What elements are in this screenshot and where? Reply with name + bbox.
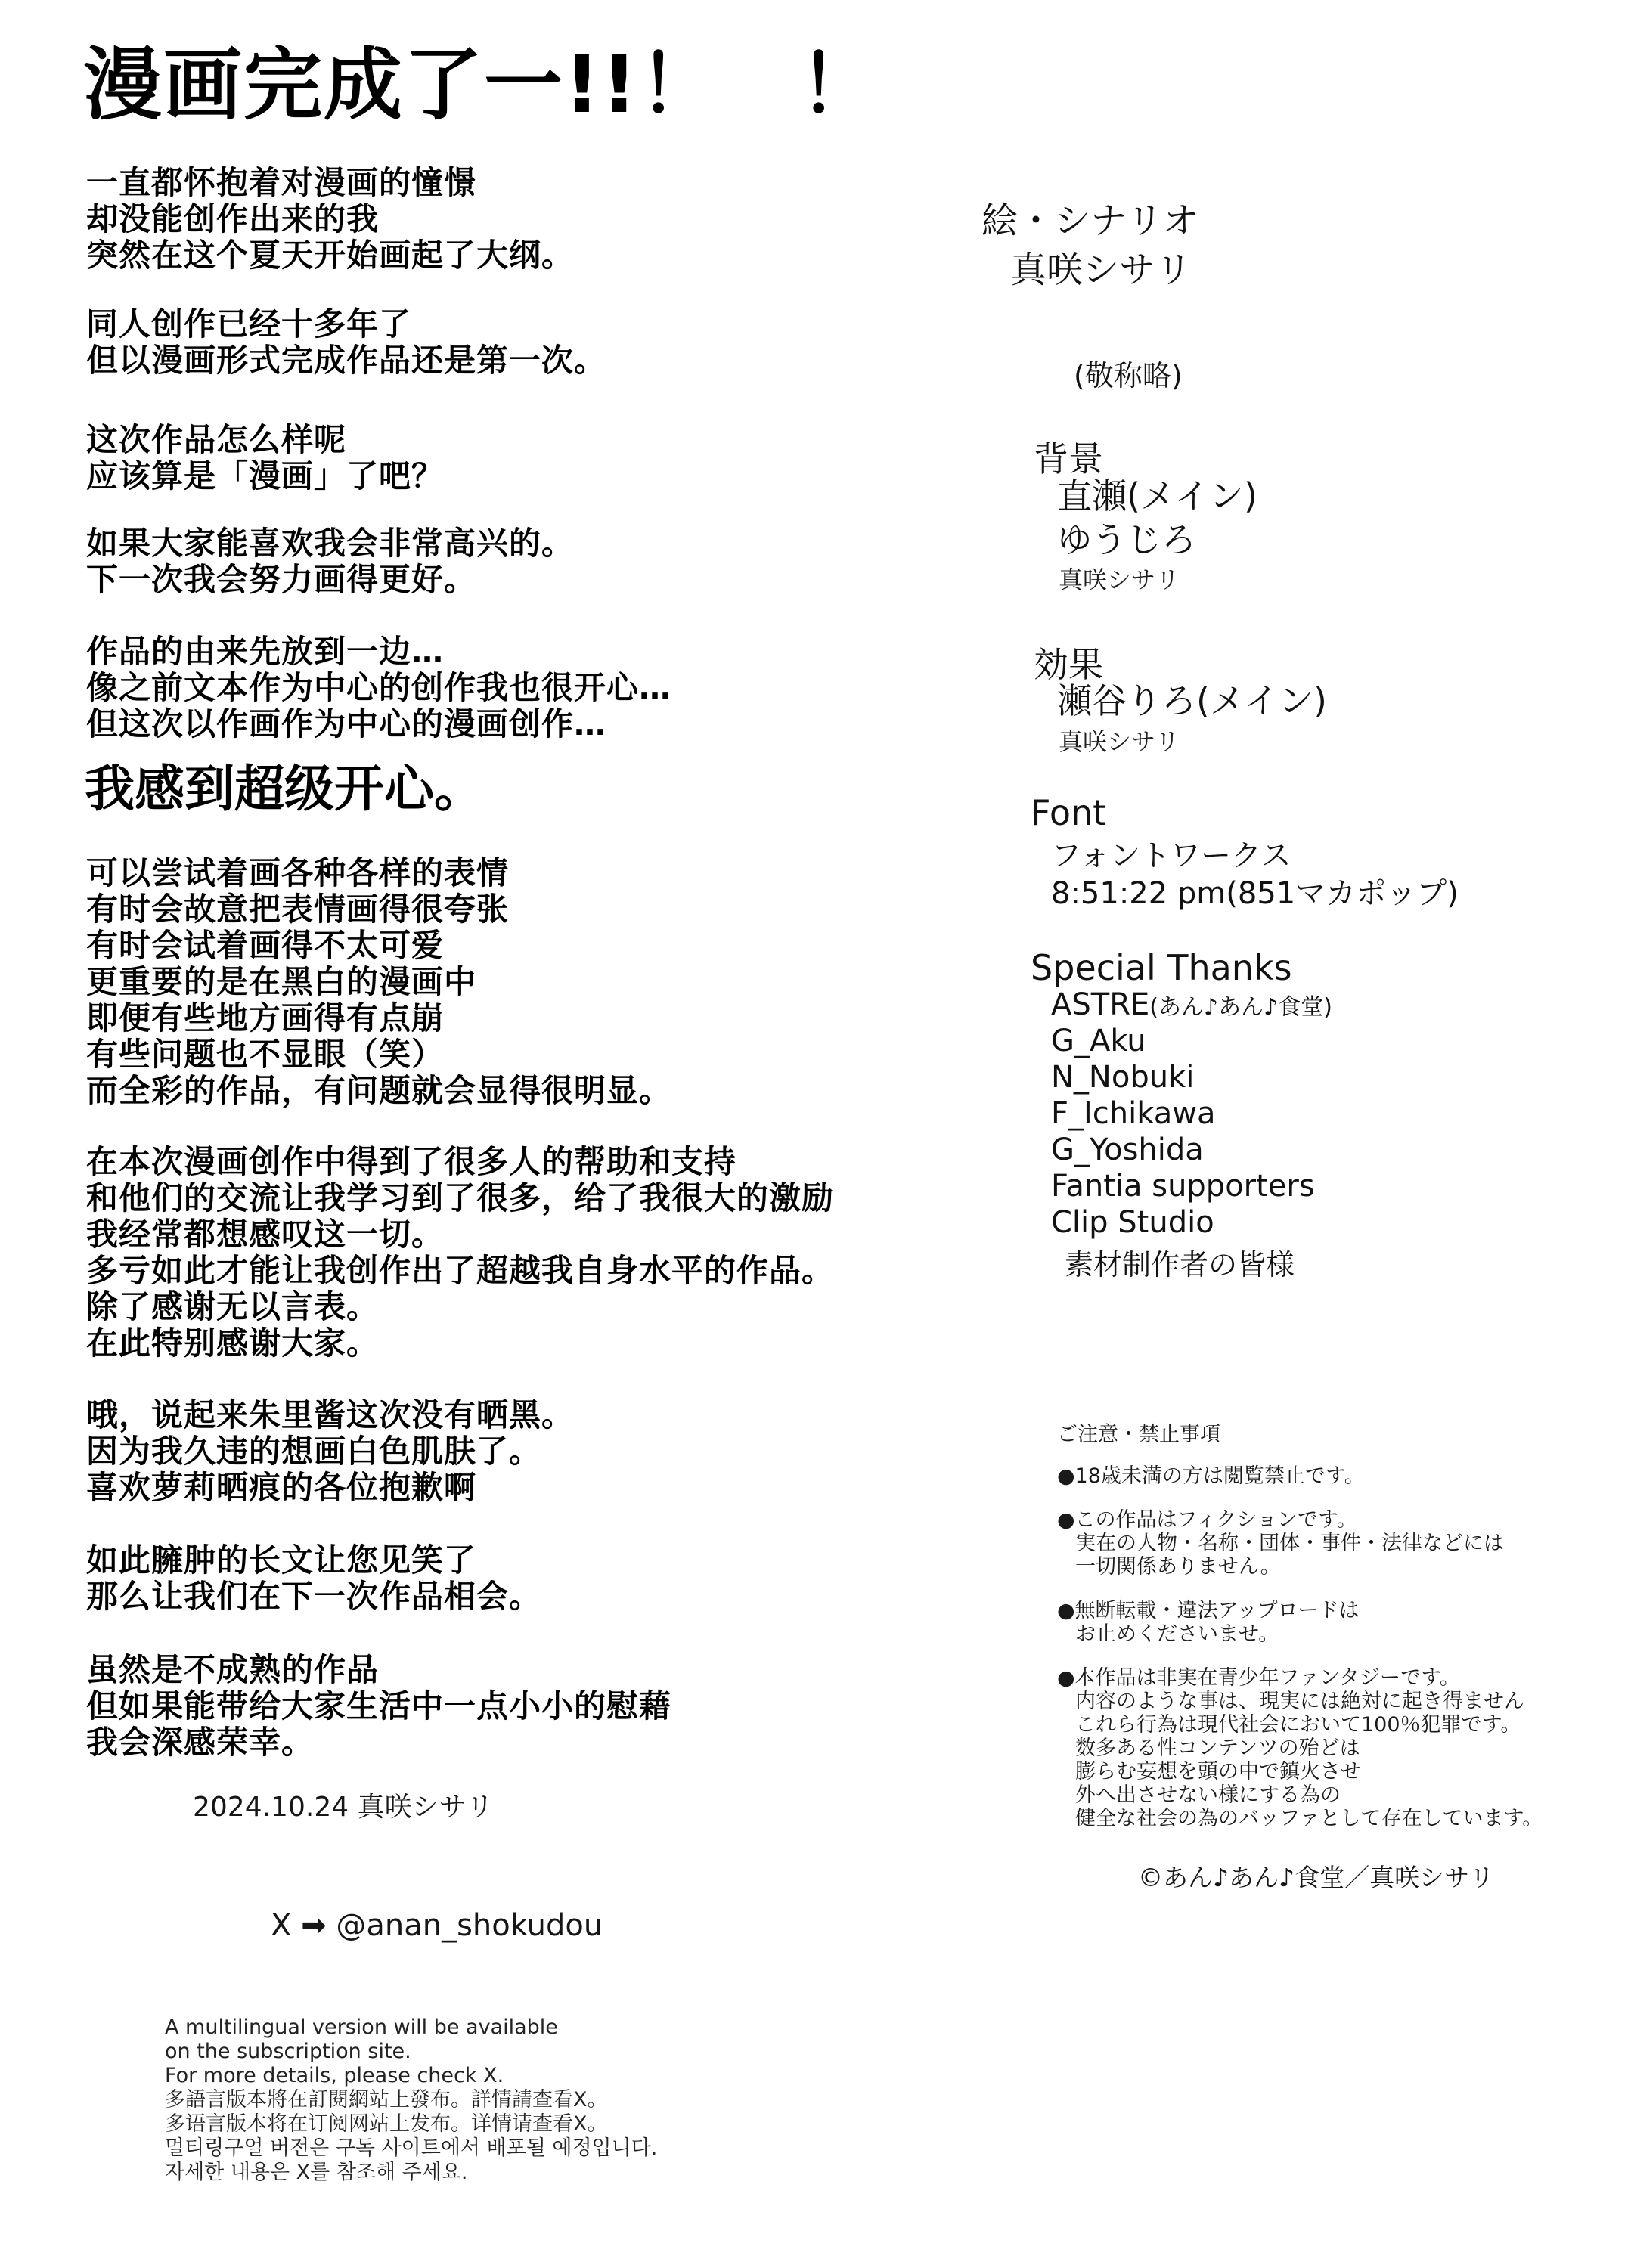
special-thanks-item: ASTRE(あん♪あん♪食堂)	[1051, 987, 1332, 1022]
notice-heading: ご注意・禁止事項	[1057, 1423, 1571, 1446]
text-line: 膨らむ妄想を頭の中で鎮火させ	[1057, 1760, 1571, 1783]
text-line: 和他们的交流让我学习到了很多，给了我很大的激励	[86, 1180, 834, 1216]
honorifics-note: (敬称略)	[1074, 352, 1183, 394]
text-line: 更重要的是在黑白的漫画中	[86, 964, 671, 1000]
paragraph-4: 如果大家能喜欢我会非常高兴的。 下一次我会努力画得更好。	[86, 525, 574, 598]
paragraph-8: 在本次漫画创作中得到了很多人的帮助和支持 和他们的交流让我学习到了很多，给了我很…	[86, 1144, 834, 1362]
paragraph-1: 一直都怀抱着对漫画的憧憬 却没能创作出来的我 突然在这个夏天开始画起了大纲。	[86, 165, 574, 274]
font-credit: フォントワークス	[1051, 832, 1291, 875]
text-line: 哦，说起来朱里酱这次没有晒黑。	[86, 1397, 574, 1433]
text-line: 那么让我们在下一次作品相会。	[86, 1579, 541, 1615]
effects-credit: 瀬谷りろ(メイン)	[1057, 674, 1327, 723]
text-line: 因为我久违的想画白色肌肤了。	[86, 1433, 574, 1470]
text-line: 有时会故意把表情画得很夸张	[86, 891, 671, 928]
text-line: 喜欢萝莉晒痕的各位抱歉啊	[86, 1470, 574, 1506]
text-line: 像之前文本作为中心的创作我也很开心…	[86, 670, 671, 706]
text-line: 这次作品怎么样呢	[86, 422, 444, 458]
text-line: 数多ある性コンテンツの殆どは	[1057, 1737, 1571, 1760]
text-line: 実在の人物・名称・団体・事件・法律などには	[1057, 1532, 1571, 1555]
text-line: 突然在这个夏天开始画起了大纲。	[86, 237, 574, 274]
date-signature-line: 2024.10.24 真咲シサリ	[193, 1786, 494, 1824]
text-line: 外へ出させない様にする為の	[1057, 1783, 1571, 1807]
text-line: 即便有些地方画得有点崩	[86, 1000, 671, 1036]
text-line: 有些问题也不显眼（笑）	[86, 1036, 671, 1073]
paragraph-10: 如此臃肿的长文让您见笑了 那么让我们在下一次作品相会。	[86, 1542, 541, 1615]
text-line: 却没能创作出来的我	[86, 201, 574, 237]
text-line: 但以漫画形式完成作品还是第一次。	[86, 342, 606, 379]
text-line: 作品的由来先放到一边…	[86, 634, 671, 670]
copyright-line: ©あん♪あん♪食堂／真咲シサリ	[1138, 1858, 1494, 1894]
multilingual-note: A multilingual version will be available…	[165, 2015, 657, 2185]
notice-item-fantasy: ●本作品は非実在青少年ファンタジーです。 内容のような事は、現実には絶対に起き得…	[1057, 1666, 1571, 1830]
text-line: 同人创作已经十多年了	[86, 306, 606, 342]
paragraph-11: 虽然是不成熟的作品 但如果能带给大家生活中一点小小的慰藉 我会深感荣幸。	[86, 1652, 671, 1761]
special-thanks-item: G_Yoshida	[1051, 1132, 1204, 1167]
text-line: 但如果能带给大家生活中一点小小的慰藉	[86, 1688, 671, 1724]
multilingual-line-zh-hans: 多语言版本将在订阅网站上发布。详情请查看X。	[165, 2112, 657, 2136]
multilingual-line-zh-hant: 多語言版本將在訂閱網站上發布。詳情請查看X。	[165, 2088, 657, 2112]
text-line: 应该算是「漫画」了吧？	[86, 458, 444, 494]
special-thanks-item: F_Ichikawa	[1051, 1096, 1215, 1131]
effects-credit-small: 真咲シサリ	[1059, 723, 1180, 758]
background-credit: ゆうじろ	[1057, 513, 1196, 562]
special-thanks-item: Clip Studio	[1051, 1205, 1214, 1240]
font-credit: 8:51:22 pm(851マカポップ)	[1051, 869, 1459, 912]
text-line: 我会深感荣幸。	[86, 1724, 671, 1761]
special-thanks-heading: Special Thanks	[1031, 947, 1292, 988]
x-handle-line: X ➡ @anan_shokudou	[271, 1908, 603, 1943]
text-line: 一直都怀抱着对漫画的憧憬	[86, 165, 574, 201]
afterword-page: 漫画完成了一!!！ ！ 一直都怀抱着对漫画的憧憬 却没能创作出来的我 突然在这个…	[0, 0, 1631, 2268]
notice-item-repost: ●無断転載・違法アップロードは お止めくださいませ。	[1057, 1599, 1571, 1646]
text-line: 可以尝试着画各种各样的表情	[86, 855, 671, 891]
emphasis-line: 我感到超级开心。	[85, 762, 484, 816]
special-thanks-item: Fantia supporters	[1051, 1169, 1315, 1204]
text-line: 内容のような事は、現実には絶対に起き得ません	[1057, 1690, 1571, 1713]
special-thanks-item-material-creators: 素材制作者の皆様	[1065, 1241, 1295, 1283]
text-line: 下一次我会努力画得更好。	[86, 562, 574, 598]
text-line: 而全彩的作品，有问题就会显得很明显。	[86, 1073, 671, 1109]
text-line: 一切関係ありません。	[1057, 1555, 1571, 1579]
multilingual-line-en: on the subscription site.	[165, 2040, 657, 2064]
text-line: 我经常都想感叹这一切。	[86, 1216, 834, 1253]
notice-item-age: ●18歳未満の方は閲覧禁止です。	[1057, 1464, 1571, 1488]
text-line: 在此特别感谢大家。	[86, 1325, 834, 1362]
background-credit-small: 真咲シサリ	[1059, 561, 1180, 596]
text-line: 健全な社会の為のバッファとして存在しています。	[1057, 1807, 1571, 1830]
paragraph-7: 可以尝试着画各种各样的表情 有时会故意把表情画得很夸张 有时会试着画得不太可爱 …	[86, 855, 671, 1109]
text-line: 虽然是不成熟的作品	[86, 1652, 671, 1688]
special-thanks-name-note: (あん♪あん♪食堂)	[1149, 994, 1332, 1021]
multilingual-line-en: For more details, please check X.	[165, 2064, 657, 2088]
text-line: 在本次漫画创作中得到了很多人的帮助和支持	[86, 1144, 834, 1180]
paragraph-2: 同人创作已经十多年了 但以漫画形式完成作品还是第一次。	[86, 306, 606, 379]
text-line: ●無断転載・違法アップロードは	[1057, 1599, 1571, 1622]
paragraph-3: 这次作品怎么样呢 应该算是「漫画」了吧？	[86, 422, 444, 494]
multilingual-line-ko: 자세한 내용은 X를 참조해 주세요.	[165, 2161, 657, 2185]
paragraph-5: 作品的由来先放到一边… 像之前文本作为中心的创作我也很开心… 但这次以作画作为中…	[86, 634, 671, 742]
page-title: 漫画完成了一!!！ ！	[83, 21, 879, 135]
multilingual-line-en: A multilingual version will be available	[165, 2015, 657, 2040]
paragraph-9: 哦，说起来朱里酱这次没有晒黑。 因为我久违的想画白色肌肤了。 喜欢萝莉晒痕的各位…	[86, 1397, 574, 1506]
background-credit: 直瀬(メイン)	[1057, 469, 1257, 519]
credits-role: 絵・シナリオ	[981, 191, 1199, 243]
text-line: 除了感谢无以言表。	[86, 1289, 834, 1325]
font-section-heading: Font	[1031, 792, 1106, 833]
multilingual-line-ko: 멀티링구얼 버전은 구독 사이트에서 배포될 예정입니다.	[165, 2136, 657, 2161]
special-thanks-item: G_Aku	[1051, 1024, 1146, 1058]
notice-block: ご注意・禁止事項 ●18歳未満の方は閲覧禁止です。 ●この作品はフィクションです…	[1057, 1423, 1571, 1851]
text-line: ●本作品は非実在青少年ファンタジーです。	[1057, 1666, 1571, 1690]
text-line: 如此臃肿的长文让您见笑了	[86, 1542, 541, 1579]
special-thanks-item: N_Nobuki	[1051, 1060, 1194, 1095]
text-line: お止めくださいませ。	[1057, 1622, 1571, 1646]
credits-author: 真咲シサリ	[1010, 240, 1192, 293]
special-thanks-name: ASTRE	[1051, 987, 1149, 1022]
text-line: ●18歳未満の方は閲覧禁止です。	[1057, 1464, 1571, 1488]
notice-item-fiction: ●この作品はフィクションです。 実在の人物・名称・団体・事件・法律などには 一切…	[1057, 1508, 1571, 1579]
text-line: 如果大家能喜欢我会非常高兴的。	[86, 525, 574, 562]
text-line: これら行為は現代社会において100％犯罪です。	[1057, 1713, 1571, 1737]
text-line: 多亏如此才能让我创作出了超越我自身水平的作品。	[86, 1253, 834, 1289]
text-line: 但这次以作画作为中心的漫画创作…	[86, 706, 671, 742]
text-line: 有时会试着画得不太可爱	[86, 928, 671, 964]
text-line: ●この作品はフィクションです。	[1057, 1508, 1571, 1532]
